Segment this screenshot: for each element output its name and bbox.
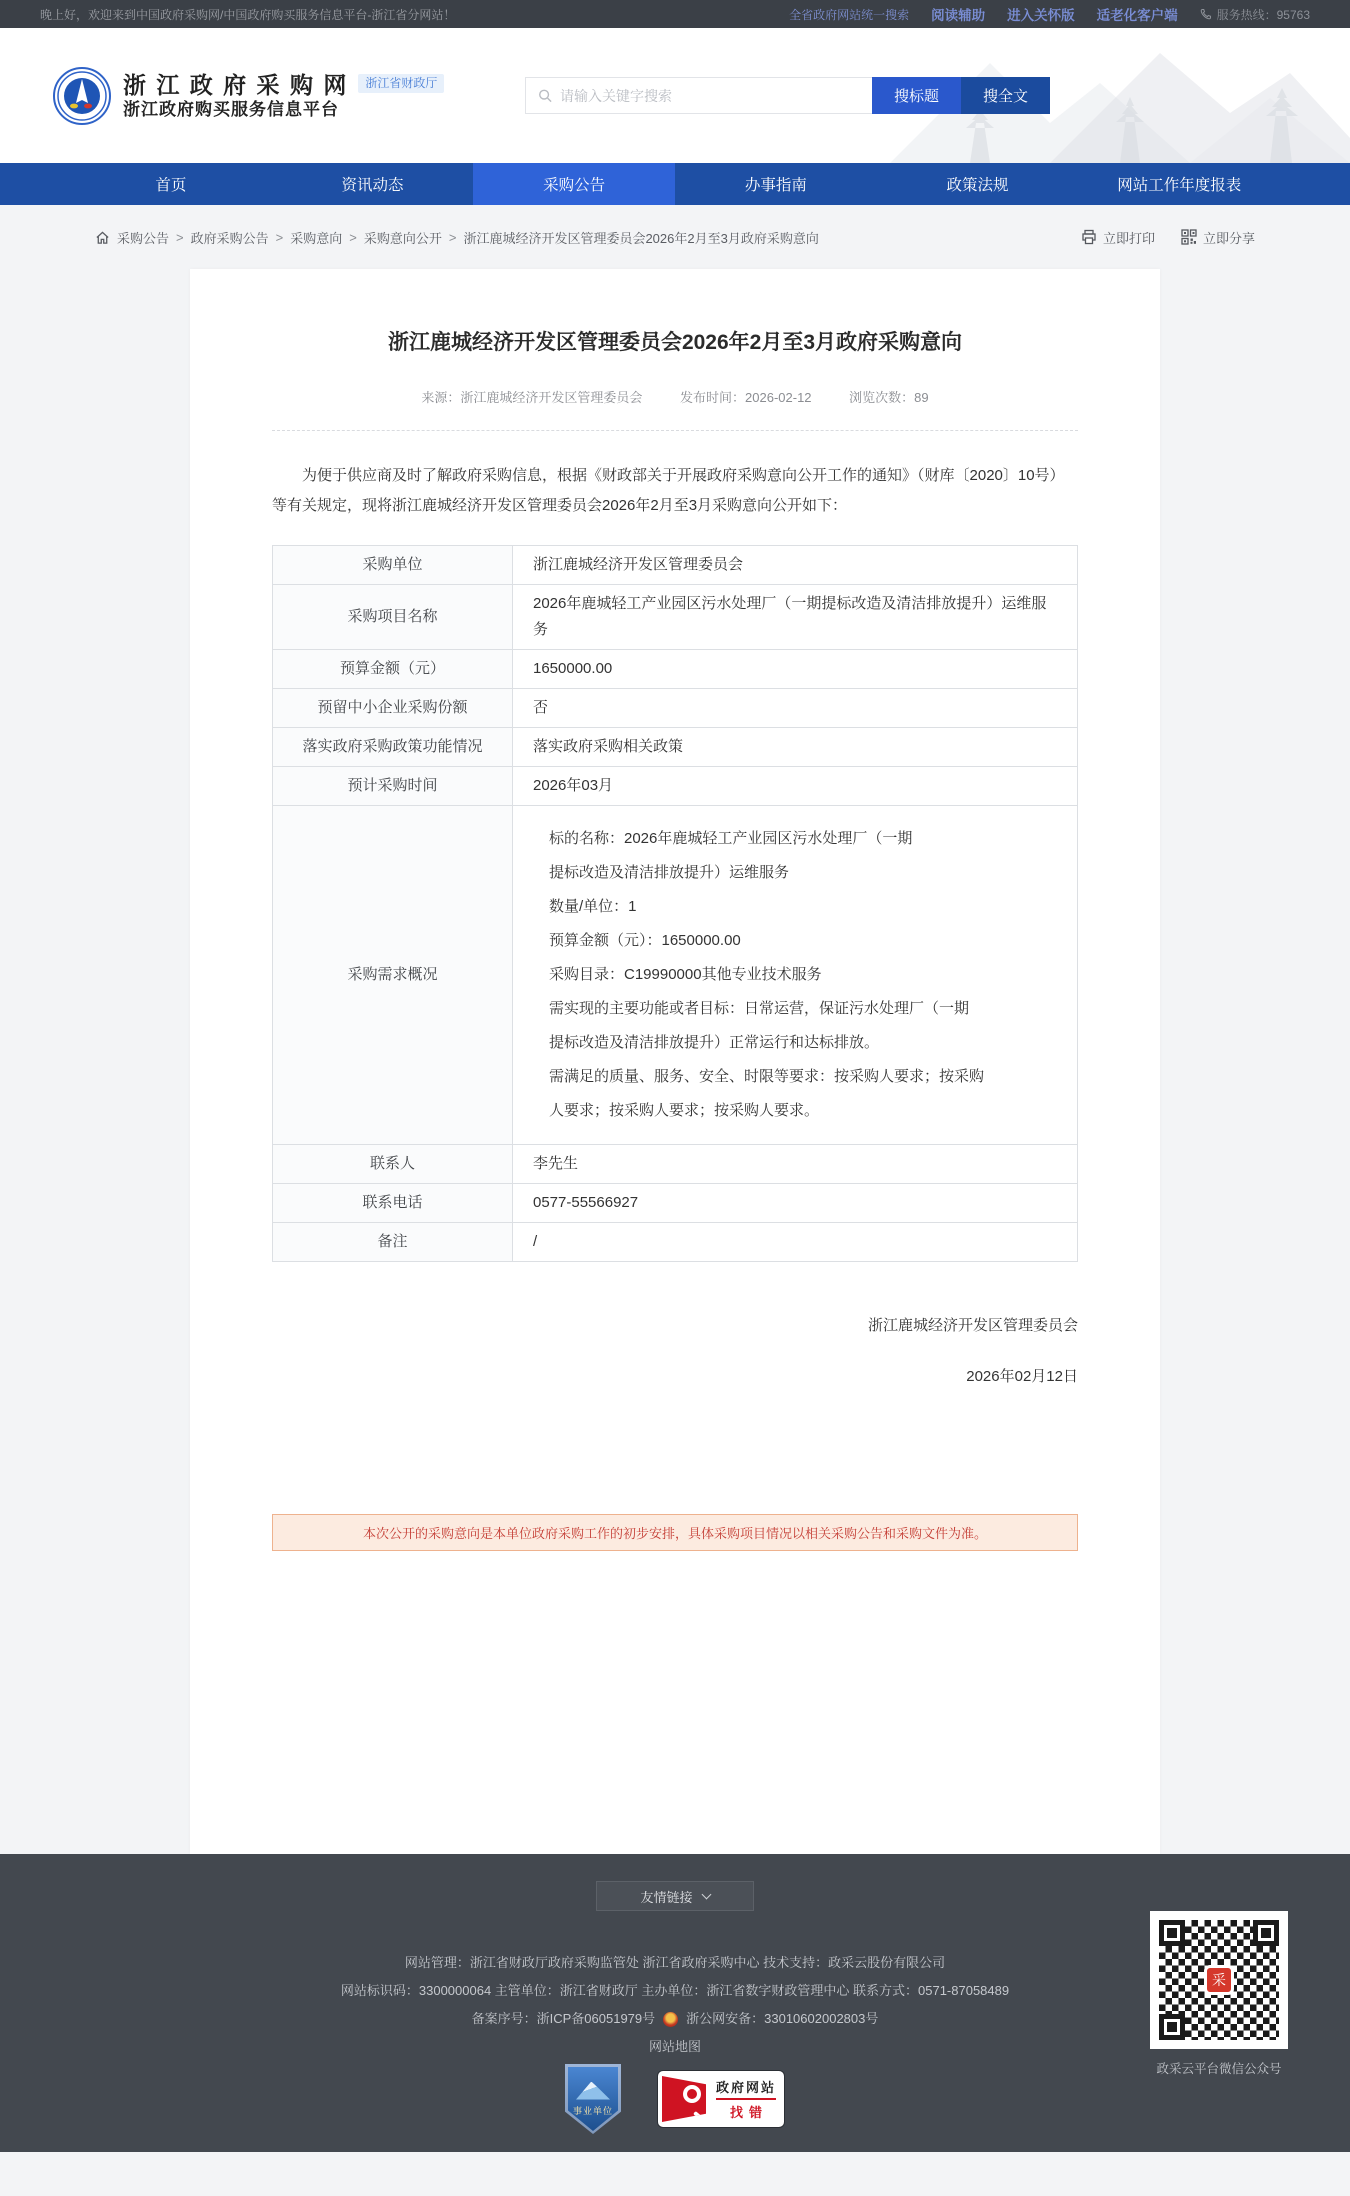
breadcrumb-separator: >: [276, 230, 284, 245]
source-label: 来源：: [421, 390, 460, 405]
site-brand[interactable]: 浙 江 政 府 采 购 网浙江省财政厅 浙江政府购买服务信息平台: [53, 67, 444, 125]
search-icon: [538, 88, 552, 103]
greeting-text: 晚上好，欢迎来到中国政府采购网/中国政府购买服务信息平台-浙江省分网站！: [40, 6, 455, 23]
site-logo: [53, 67, 111, 125]
publish-date: 2026-02-12: [745, 390, 812, 405]
breadcrumb-separator: >: [449, 230, 457, 245]
table-row: 联系电话 0577-55566927: [273, 1183, 1078, 1222]
wechat-qr-area: 采 政采云平台微信公众号: [1150, 1911, 1288, 2077]
home-icon[interactable]: [95, 230, 110, 245]
breadcrumb-item[interactable]: 采购公告: [117, 228, 169, 247]
zcy-logo-icon: 采: [1204, 1965, 1234, 1995]
breadcrumb: 采购公告 > 政府采购公告 > 采购意向 > 采购意向公开 > 浙江鹿城经济开发…: [95, 228, 819, 247]
signature-date: 2026年02月12日: [272, 1365, 1078, 1386]
nav-item-annual-report[interactable]: 网站工作年度报表: [1078, 163, 1280, 205]
views-count: 89: [914, 390, 928, 405]
search-area: 搜标题 搜全文: [525, 77, 1050, 114]
breadcrumb-separator: >: [349, 230, 357, 245]
security-beian-link[interactable]: 浙公网安备：33010602002803号: [686, 2005, 878, 2033]
table-row: 采购单位 浙江鹿城经济开发区管理委员会: [273, 545, 1078, 584]
nav-item-news[interactable]: 资讯动态: [272, 163, 474, 205]
publish-label: 发布时间：: [680, 390, 745, 405]
breadcrumb-item[interactable]: 政府采购公告: [191, 228, 269, 247]
printer-icon: [1081, 229, 1097, 245]
breadcrumb-item[interactable]: 采购意向公开: [364, 228, 442, 247]
table-row: 采购项目名称 2026年鹿城轻工产业园区污水处理厂（一期提标改造及清洁排放提升）…: [273, 584, 1078, 649]
logo-emblem-icon: [57, 71, 107, 121]
article-card: 浙江鹿城经济开发区管理委员会2026年2月至3月政府采购意向 来源：浙江鹿城经济…: [190, 269, 1160, 1854]
topbar-link-elderly-client[interactable]: 适老化客户端: [1097, 4, 1178, 24]
public-institution-badge[interactable]: 事业单位: [565, 2064, 621, 2134]
public-security-emblem-icon: [663, 2012, 678, 2027]
main-navigation: 首页 资讯动态 采购公告 办事指南 政策法规 网站工作年度报表: [0, 163, 1350, 205]
phone-icon: [1200, 8, 1212, 20]
nav-item-home[interactable]: 首页: [70, 163, 272, 205]
top-utility-bar: 晚上好，欢迎来到中国政府采购网/中国政府购买服务信息平台-浙江省分网站！ 全省政…: [0, 0, 1350, 28]
topbar-link-care-version[interactable]: 进入关怀版: [1007, 4, 1075, 24]
gov-site-error-report-badge[interactable]: 政府网站 找错: [657, 2070, 785, 2128]
site-subtitle: 浙江政府购买服务信息平台: [123, 99, 444, 120]
table-row: 预计采购时间 2026年03月: [273, 766, 1078, 805]
search-input[interactable]: [560, 88, 860, 104]
table-row: 备注 /: [273, 1222, 1078, 1261]
site-footer: 友情链接 网站管理：浙江省财政厅政府采购监管处 浙江省政府采购中心 技术支持：政…: [0, 1854, 1350, 2152]
breadcrumb-current: 浙江鹿城经济开发区管理委员会2026年2月至3月政府采购意向: [463, 228, 818, 247]
search-title-button[interactable]: 搜标题: [872, 77, 961, 114]
table-row: 预留中小企业采购份额 否: [273, 688, 1078, 727]
table-row: 联系人 李先生: [273, 1144, 1078, 1183]
table-row: 预算金额（元） 1650000.00: [273, 649, 1078, 688]
friend-links-dropdown[interactable]: 友情链接: [596, 1881, 754, 1911]
site-header: 浙 江 政 府 采 购 网浙江省财政厅 浙江政府购买服务信息平台 搜标题 搜全文: [0, 28, 1350, 163]
table-row-demand-summary: 采购需求概况 标的名称：2026年鹿城轻工产业园区污水处理厂（一期 提标改造及清…: [273, 805, 1078, 1144]
views-label: 浏览次数：: [849, 390, 914, 405]
disclaimer-notice: 本次公开的采购意向是本单位政府采购工作的初步安排，具体采购项目情况以相关采购公告…: [272, 1514, 1078, 1551]
nav-item-procurement-announcements[interactable]: 采购公告: [473, 163, 675, 205]
qr-code: 采: [1150, 1911, 1288, 2049]
nav-item-service-guide[interactable]: 办事指南: [675, 163, 877, 205]
qr-share-icon: [1181, 229, 1197, 245]
breadcrumb-item[interactable]: 采购意向: [290, 228, 342, 247]
footer-manage-line: 网站管理：浙江省财政厅政府采购监管处 浙江省政府采购中心 技术支持：政采云股份有…: [0, 1949, 1350, 1977]
footer-identifier-line: 网站标识码：3300000064 主管单位：浙江省财政厅 主办单位：浙江省数字财…: [0, 1977, 1350, 2005]
footer-beian-line: 备案序号：浙ICP备06051979号 浙公网安备：33010602002803…: [0, 2005, 1350, 2033]
site-title: 浙 江 政 府 采 购 网: [123, 72, 348, 98]
procurement-facts-table: 采购单位 浙江鹿城经济开发区管理委员会 采购项目名称 2026年鹿城轻工产业园区…: [272, 545, 1078, 1262]
nav-item-policies[interactable]: 政策法规: [877, 163, 1079, 205]
source-value: 浙江鹿城经济开发区管理委员会: [460, 390, 642, 405]
signature-org: 浙江鹿城经济开发区管理委员会: [272, 1314, 1078, 1335]
table-row: 落实政府采购政策功能情况 落实政府采购相关政策: [273, 727, 1078, 766]
search-fulltext-button[interactable]: 搜全文: [961, 77, 1050, 114]
sitemap-link[interactable]: 网站地图: [649, 2039, 701, 2054]
article-intro: 为便于供应商及时了解政府采购信息，根据《财政部关于开展政府采购意向公开工作的通知…: [272, 461, 1078, 521]
icp-link[interactable]: 备案序号：浙ICP备06051979号: [472, 2005, 656, 2033]
qr-caption: 政采云平台微信公众号: [1150, 2059, 1288, 2077]
finance-dept-badge: 浙江省财政厅: [358, 74, 444, 93]
article-title: 浙江鹿城经济开发区管理委员会2026年2月至3月政府采购意向: [272, 327, 1078, 359]
breadcrumb-separator: >: [176, 230, 184, 245]
topbar-link-unified-search[interactable]: 全省政府网站统一搜索: [789, 6, 909, 23]
service-hotline: 服务热线：95763: [1200, 6, 1310, 23]
topbar-link-reading-aid[interactable]: 阅读辅助: [931, 4, 985, 24]
article-meta: 来源：浙江鹿城经济开发区管理委员会 发布时间：2026-02-12 浏览次数：8…: [272, 387, 1078, 406]
error-report-flag-icon: [662, 2076, 706, 2122]
breadcrumb-bar: 采购公告 > 政府采购公告 > 采购意向 > 采购意向公开 > 浙江鹿城经济开发…: [95, 205, 1255, 269]
divider: [272, 430, 1078, 431]
print-button[interactable]: 立即打印: [1081, 228, 1155, 247]
share-button[interactable]: 立即分享: [1181, 228, 1255, 247]
shield-mountain-icon: [576, 2082, 610, 2100]
chevron-down-icon: [701, 1889, 711, 1899]
